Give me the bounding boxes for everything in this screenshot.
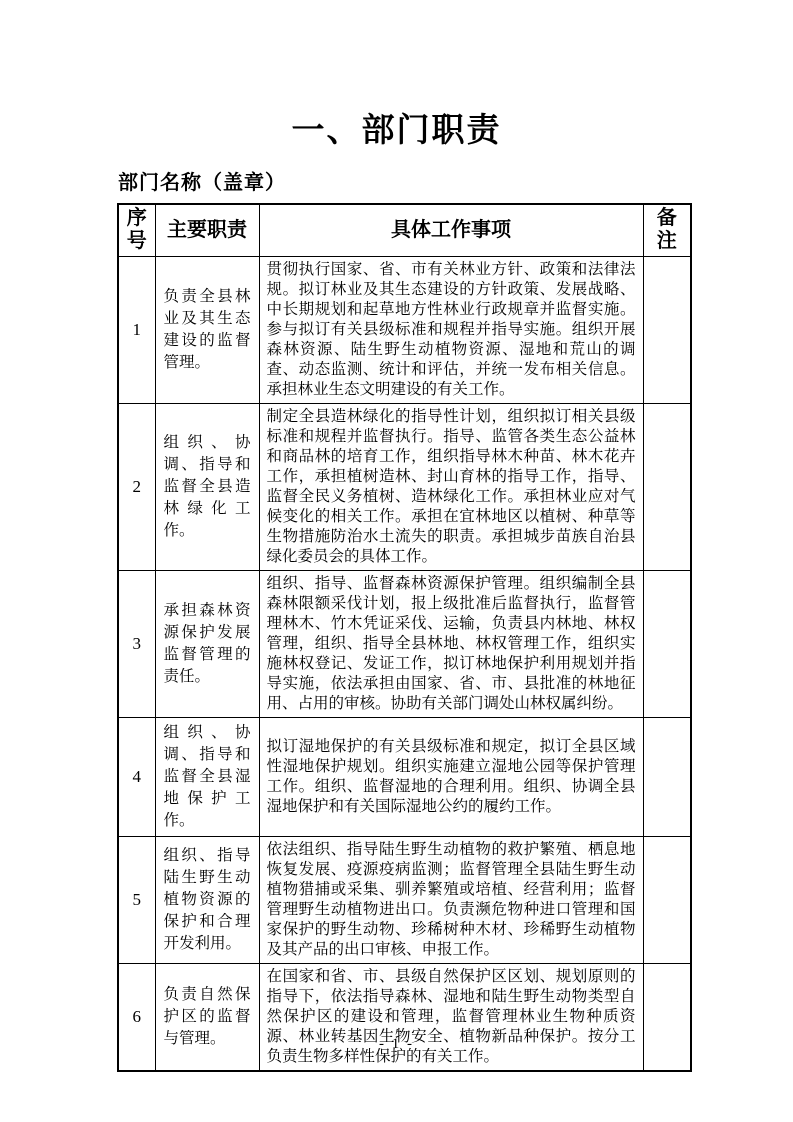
- serial-number-cell: 2: [118, 403, 155, 570]
- serial-number-cell: 1: [118, 256, 155, 403]
- work-detail-cell: 拟订湿地保护的有关县级标准和规定，拟订全县区域性湿地保护规划。组织实施建立湿地公…: [259, 717, 643, 836]
- main-duty-cell: 组织、协调、指导和监督全县造林绿化工作。: [155, 403, 259, 570]
- work-detail-cell: 在国家和省、市、县级自然保护区区划、规划原则的指导下，依法指导森林、湿地和陆生野…: [259, 963, 643, 1071]
- work-detail-cell: 贯彻执行国家、省、市有关林业方针、政策和法律法规。拟订林业及其生态建设的方针政策…: [259, 256, 643, 403]
- serial-number-cell: 5: [118, 836, 155, 963]
- remark-cell: [643, 570, 691, 717]
- remark-cell: [643, 963, 691, 1071]
- remark-cell: [643, 717, 691, 836]
- work-detail-cell: 制定全县造林绿化的指导性计划，组织拟订相关县级标准和规程并监督执行。指导、监管各…: [259, 403, 643, 570]
- table-row: 4 组织、协调、指导和监督全县湿地保护工作。 拟订湿地保护的有关县级标准和规定，…: [118, 717, 691, 836]
- main-duty-cell: 组织、指导陆生野生动植物资源的保护和合理开发利用。: [155, 836, 259, 963]
- main-duty-cell: 承担森林资源保护发展监督管理的责任。: [155, 570, 259, 717]
- header-serial-number: 序号: [118, 204, 155, 256]
- table-row: 6 负责自然保护区的监督与管理。 在国家和省、市、县级自然保护区区划、规划原则的…: [118, 963, 691, 1071]
- header-remark: 备注: [643, 204, 691, 256]
- remark-cell: [643, 256, 691, 403]
- serial-number-cell: 3: [118, 570, 155, 717]
- department-name-label: 部门名称（盖章）: [118, 166, 286, 195]
- remark-cell: [643, 836, 691, 963]
- table-header-row: 序号 主要职责 具体工作事项 备注: [118, 204, 691, 256]
- header-main-duty: 主要职责: [155, 204, 259, 256]
- serial-number-cell: 6: [118, 963, 155, 1071]
- main-duty-cell: 组织、协调、指导和监督全县湿地保护工作。: [155, 717, 259, 836]
- work-detail-cell: 组织、指导、监督森林资源保护管理。组织编制全县森林限额采伐计划，报上级批准后监督…: [259, 570, 643, 717]
- remark-cell: [643, 403, 691, 570]
- main-duty-cell: 负责全县林业及其生态建设的监督管理。: [155, 256, 259, 403]
- page-title: 一、部门职责: [0, 104, 793, 151]
- table-row: 3 承担森林资源保护发展监督管理的责任。 组织、指导、监督森林资源保护管理。组织…: [118, 570, 691, 717]
- table-row: 5 组织、指导陆生野生动植物资源的保护和合理开发利用。 依法组织、指导陆生野生动…: [118, 836, 691, 963]
- page-number: - 1 -: [0, 1036, 793, 1053]
- main-duty-cell: 负责自然保护区的监督与管理。: [155, 963, 259, 1071]
- serial-number-cell: 4: [118, 717, 155, 836]
- document-page: 一、部门职责 部门名称（盖章） 序号 主要职责 具体工作事项 备注 1 负责全县…: [0, 0, 793, 1122]
- header-work-detail: 具体工作事项: [259, 204, 643, 256]
- table-row: 2 组织、协调、指导和监督全县造林绿化工作。 制定全县造林绿化的指导性计划，组织…: [118, 403, 691, 570]
- duty-table: 序号 主要职责 具体工作事项 备注 1 负责全县林业及其生态建设的监督管理。 贯…: [117, 203, 692, 1072]
- work-detail-cell: 依法组织、指导陆生野生动植物的救护繁殖、栖息地恢复发展、疫源疫病监测；监督管理全…: [259, 836, 643, 963]
- table-row: 1 负责全县林业及其生态建设的监督管理。 贯彻执行国家、省、市有关林业方针、政策…: [118, 256, 691, 403]
